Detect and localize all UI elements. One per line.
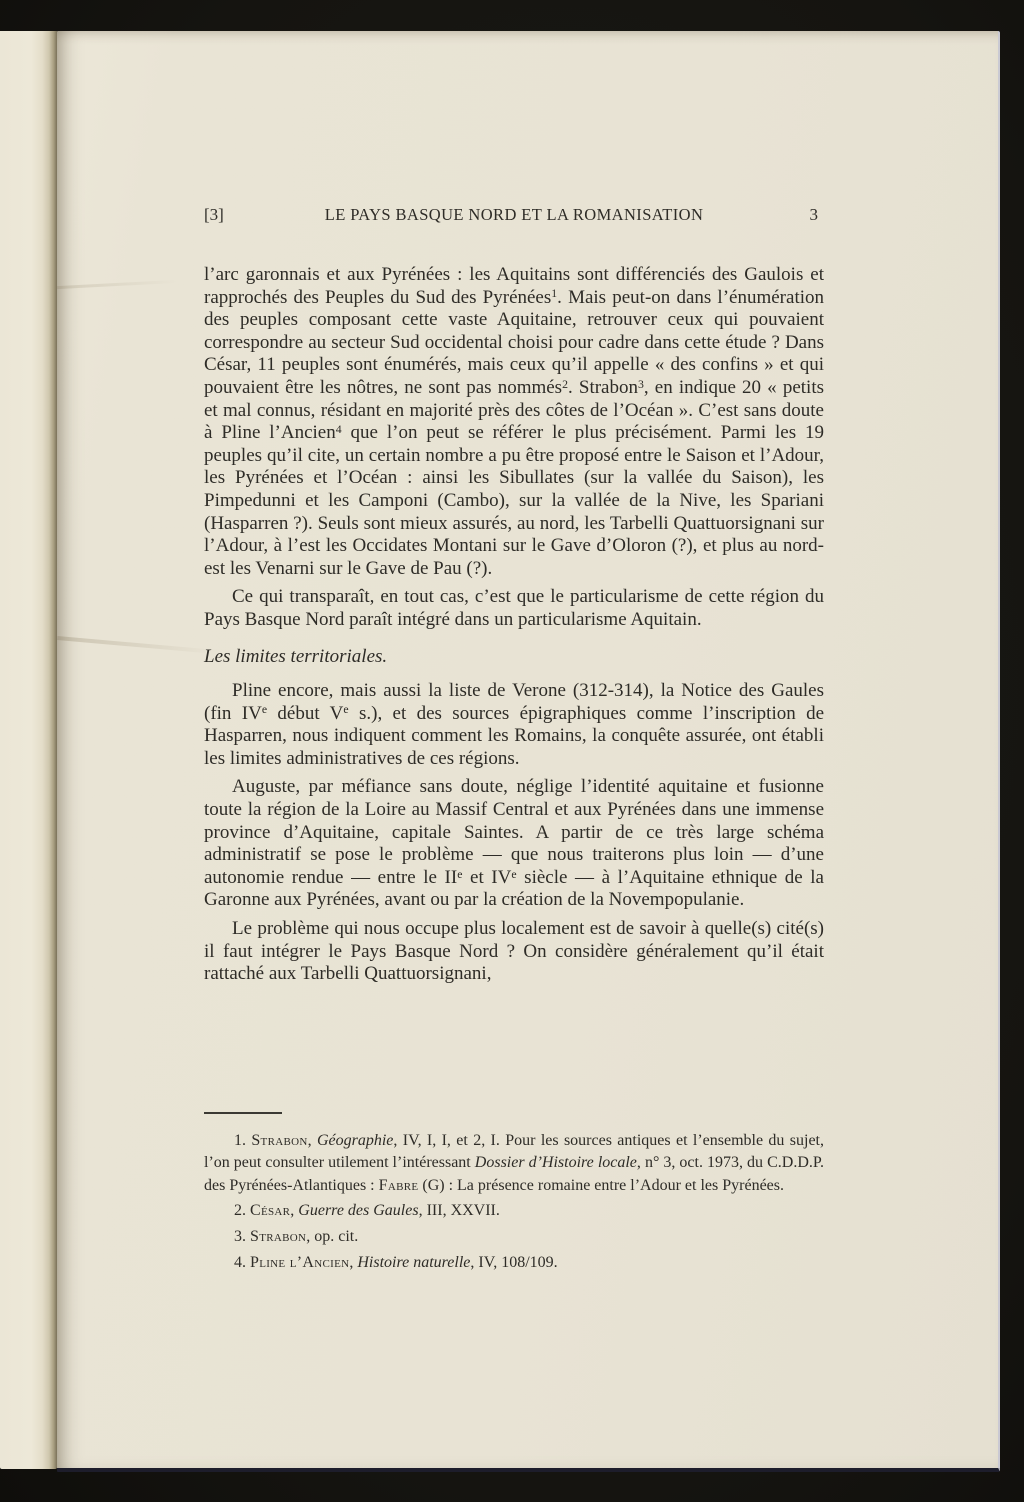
- paragraph-particularisme: Ce qui transparaît, en tout cas, c’est q…: [204, 586, 824, 631]
- paragraph-pline-encore: Pline encore, mais aussi la liste de Ver…: [204, 680, 824, 770]
- footnote-reference: 2: [562, 378, 568, 391]
- footnote-4: 4. Pline l’Ancien, Histoire naturelle, I…: [204, 1252, 824, 1274]
- author-name-smallcaps: César: [250, 1202, 290, 1219]
- footnote-list: 1. Strabon, Géographie, IV, I, I, et 2, …: [204, 1130, 824, 1274]
- body-text: l’arc garonnais et aux Pyrénées : les Aq…: [204, 264, 824, 992]
- italic-work-title: Géographie: [317, 1132, 393, 1149]
- header-running-title: LE PAYS BASQUE NORD ET LA ROMANISATION: [204, 203, 824, 227]
- footnote-reference: 4: [336, 423, 342, 436]
- text-column: [3] LE PAYS BASQUE NORD ET LA ROMANISATI…: [204, 31, 824, 1468]
- footnote-1: 1. Strabon, Géographie, IV, I, I, et 2, …: [204, 1130, 824, 1197]
- section-heading-les-limites-territoriales: Les limites territoriales.: [204, 646, 824, 669]
- author-name-smallcaps: Strabon: [250, 1228, 306, 1245]
- italic-work-title: Dossier d’Histoire locale: [475, 1154, 637, 1171]
- footnote-reference: e: [262, 703, 267, 716]
- paper-crease: [57, 280, 177, 289]
- header-page-number: 3: [810, 203, 819, 227]
- author-name-smallcaps: Fabre: [379, 1177, 419, 1194]
- footnote-reference: 1: [551, 287, 557, 300]
- footnote-2: 2. César, Guerre des Gaules, III, XXVII.: [204, 1200, 824, 1222]
- paragraph-opening: l’arc garonnais et aux Pyrénées : les Aq…: [204, 264, 824, 580]
- footnote-separator-rule: [204, 1112, 282, 1114]
- footnote-reference: e: [511, 868, 516, 881]
- author-name-smallcaps: Strabon: [251, 1132, 307, 1149]
- italic-work-title: Histoire naturelle: [357, 1254, 470, 1271]
- paper-crease: [57, 636, 217, 654]
- footnotes-section: 1. Strabon, Géographie, IV, I, I, et 2, …: [204, 1112, 824, 1278]
- footnote-reference: e: [457, 868, 462, 881]
- footnote-reference: e: [343, 703, 348, 716]
- previous-page-edge: [0, 31, 57, 1469]
- book-page: [3] LE PAYS BASQUE NORD ET LA ROMANISATI…: [57, 31, 1000, 1472]
- page-header: [3] LE PAYS BASQUE NORD ET LA ROMANISATI…: [204, 203, 824, 227]
- scanned-book-page: [3] LE PAYS BASQUE NORD ET LA ROMANISATI…: [0, 0, 1024, 1502]
- paragraph-le-probleme: Le problème qui nous occupe plus localem…: [204, 918, 824, 986]
- footnote-reference: 3: [638, 378, 644, 391]
- paragraph-auguste: Auguste, par méfiance sans doute, néglig…: [204, 776, 824, 912]
- italic-work-title: Guerre des Gaules: [298, 1202, 418, 1219]
- footnote-3: 3. Strabon, op. cit.: [204, 1226, 824, 1248]
- author-name-smallcaps: Pline l’Ancien: [250, 1254, 349, 1271]
